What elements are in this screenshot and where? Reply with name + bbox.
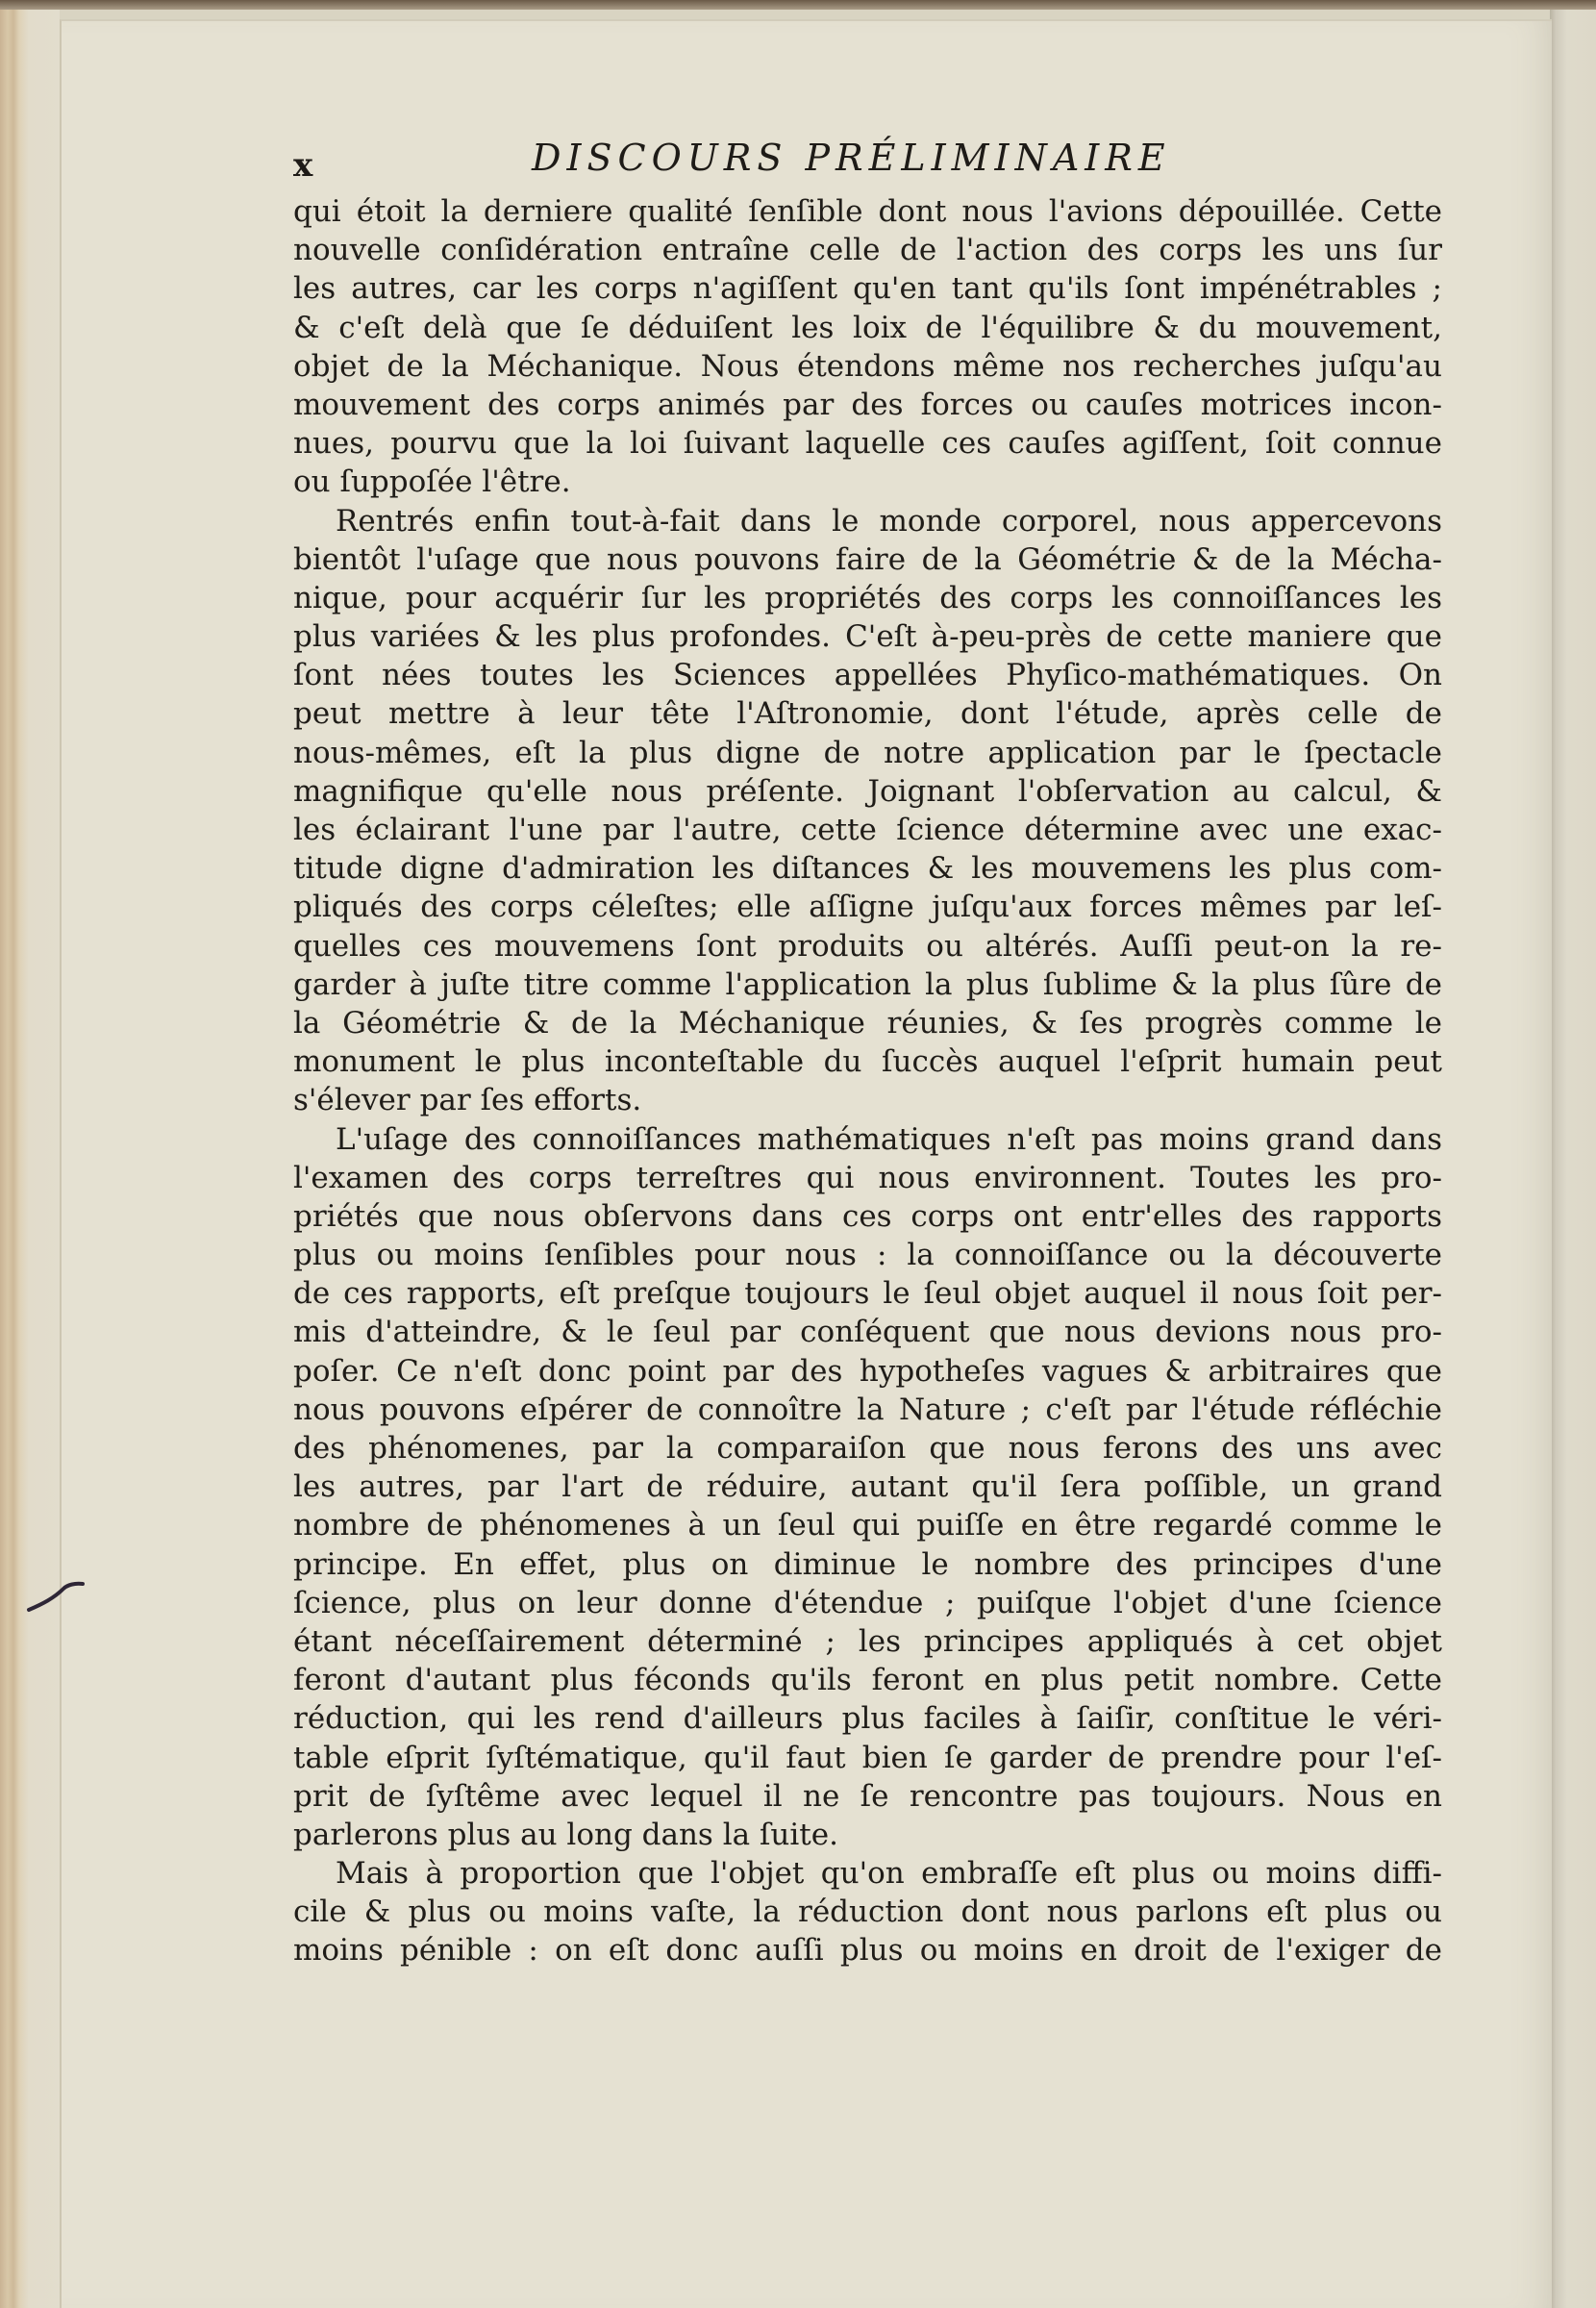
text-line: parlerons plus au long dans la ſuite. — [293, 1816, 1442, 1854]
text-line: ſcience, plus on leur donne d'étendue ; … — [293, 1584, 1442, 1622]
text-line: Mais à proportion que l'objet qu'on embr… — [293, 1854, 1442, 1893]
text-line: nues, pourvu que la loi ſuivant laquelle… — [293, 424, 1442, 463]
text-line: prit de ſyſtême avec lequel il ne ſe ren… — [293, 1777, 1442, 1816]
text-line: monument le plus inconteſtable du ſuccès… — [293, 1042, 1442, 1081]
binding-edge — [0, 10, 60, 2308]
page-header: x DISCOURS PRÉLIMINAIRE — [293, 137, 1457, 185]
body-text: qui étoit la derniere qualité ſenſible d… — [293, 192, 1442, 1970]
text-line: titude digne d'admiration les diſtances … — [293, 849, 1442, 888]
text-line: les autres, car les corps n'agiſſent qu'… — [293, 269, 1442, 308]
text-line: Rentrés enfin tout-à-fait dans le monde … — [293, 502, 1442, 540]
text-line: moins pénible : on eſt donc auſſi plus o… — [293, 1931, 1442, 1969]
text-line: mouvement des corps animés par des force… — [293, 386, 1442, 424]
text-line: les autres, par l'art de réduire, autant… — [293, 1468, 1442, 1506]
text-line: magnifique qu'elle nous préſente. Joigna… — [293, 772, 1442, 811]
scan-top-edge — [0, 0, 1596, 10]
text-line: la Géométrie & de la Méchanique réunies,… — [293, 1004, 1442, 1042]
text-line: peut mettre à leur tête l'Aſtronomie, do… — [293, 694, 1442, 733]
text-line: pliqués des corps céleſtes; elle aſſigne… — [293, 888, 1442, 926]
text-line: principe. En effet, plus on diminue le n… — [293, 1545, 1442, 1584]
text-line: quelles ces mouvemens ſont produits ou a… — [293, 927, 1442, 966]
text-line: réduction, qui les rend d'ailleurs plus … — [293, 1699, 1442, 1738]
text-line: & c'eſt delà que ſe déduiſent les loix d… — [293, 309, 1442, 347]
text-line: L'uſage des connoiſſances mathématiques … — [293, 1120, 1442, 1159]
text-line: nous-mêmes, eſt la plus digne de notre a… — [293, 734, 1442, 772]
text-line: les éclairant l'une par l'autre, cette ſ… — [293, 811, 1442, 849]
text-line: poſer. Ce n'eſt donc point par des hypot… — [293, 1352, 1442, 1391]
text-line: de ces rapports, eſt preſque toujours le… — [293, 1274, 1442, 1313]
text-line: priétés que nous obſervons dans ces corp… — [293, 1197, 1442, 1236]
text-line: objet de la Méchanique. Nous étendons mê… — [293, 347, 1442, 386]
text-line: qui étoit la derniere qualité ſenſible d… — [293, 192, 1442, 231]
text-line: s'élever par ſes efforts. — [293, 1081, 1442, 1119]
text-line: cile & plus ou moins vaſte, la réduction… — [293, 1893, 1442, 1931]
page-number: x — [293, 146, 312, 185]
text-line: ou ſuppoſée l'être. — [293, 463, 1442, 501]
text-line: feront d'autant plus féconds qu'ils fero… — [293, 1661, 1442, 1699]
running-title: DISCOURS PRÉLIMINAIRE — [532, 137, 1171, 179]
text-line: plus variées & les plus profondes. C'eſt… — [293, 617, 1442, 656]
text-line: bientôt l'uſage que nous pouvons faire d… — [293, 540, 1442, 579]
text-line: ſont nées toutes les Sciences appellées … — [293, 656, 1442, 694]
text-line: table eſprit ſyſtématique, qu'il faut bi… — [293, 1739, 1442, 1777]
text-line: nous pouvons eſpérer de connoître la Nat… — [293, 1391, 1442, 1429]
text-line: nouvelle conſidération entraîne celle de… — [293, 231, 1442, 269]
ink-mark-icon — [25, 1577, 92, 1616]
text-line: l'examen des corps terreſtres qui nous e… — [293, 1159, 1442, 1197]
text-line: nique, pour acquérir ſur les propriétés … — [293, 579, 1442, 617]
text-line: mis d'atteindre, & le ſeul par conſéquen… — [293, 1313, 1442, 1351]
page-fold-edge — [1550, 10, 1596, 2308]
text-line: nombre de phénomenes à un ſeul qui puiſſ… — [293, 1506, 1442, 1544]
text-line: garder à juſte titre comme l'application… — [293, 966, 1442, 1004]
text-line: plus ou moins ſenſibles pour nous : la c… — [293, 1236, 1442, 1274]
text-line: des phénomenes, par la comparaiſon que n… — [293, 1429, 1442, 1468]
text-line: étant néceſſairement déterminé ; les pri… — [293, 1622, 1442, 1661]
